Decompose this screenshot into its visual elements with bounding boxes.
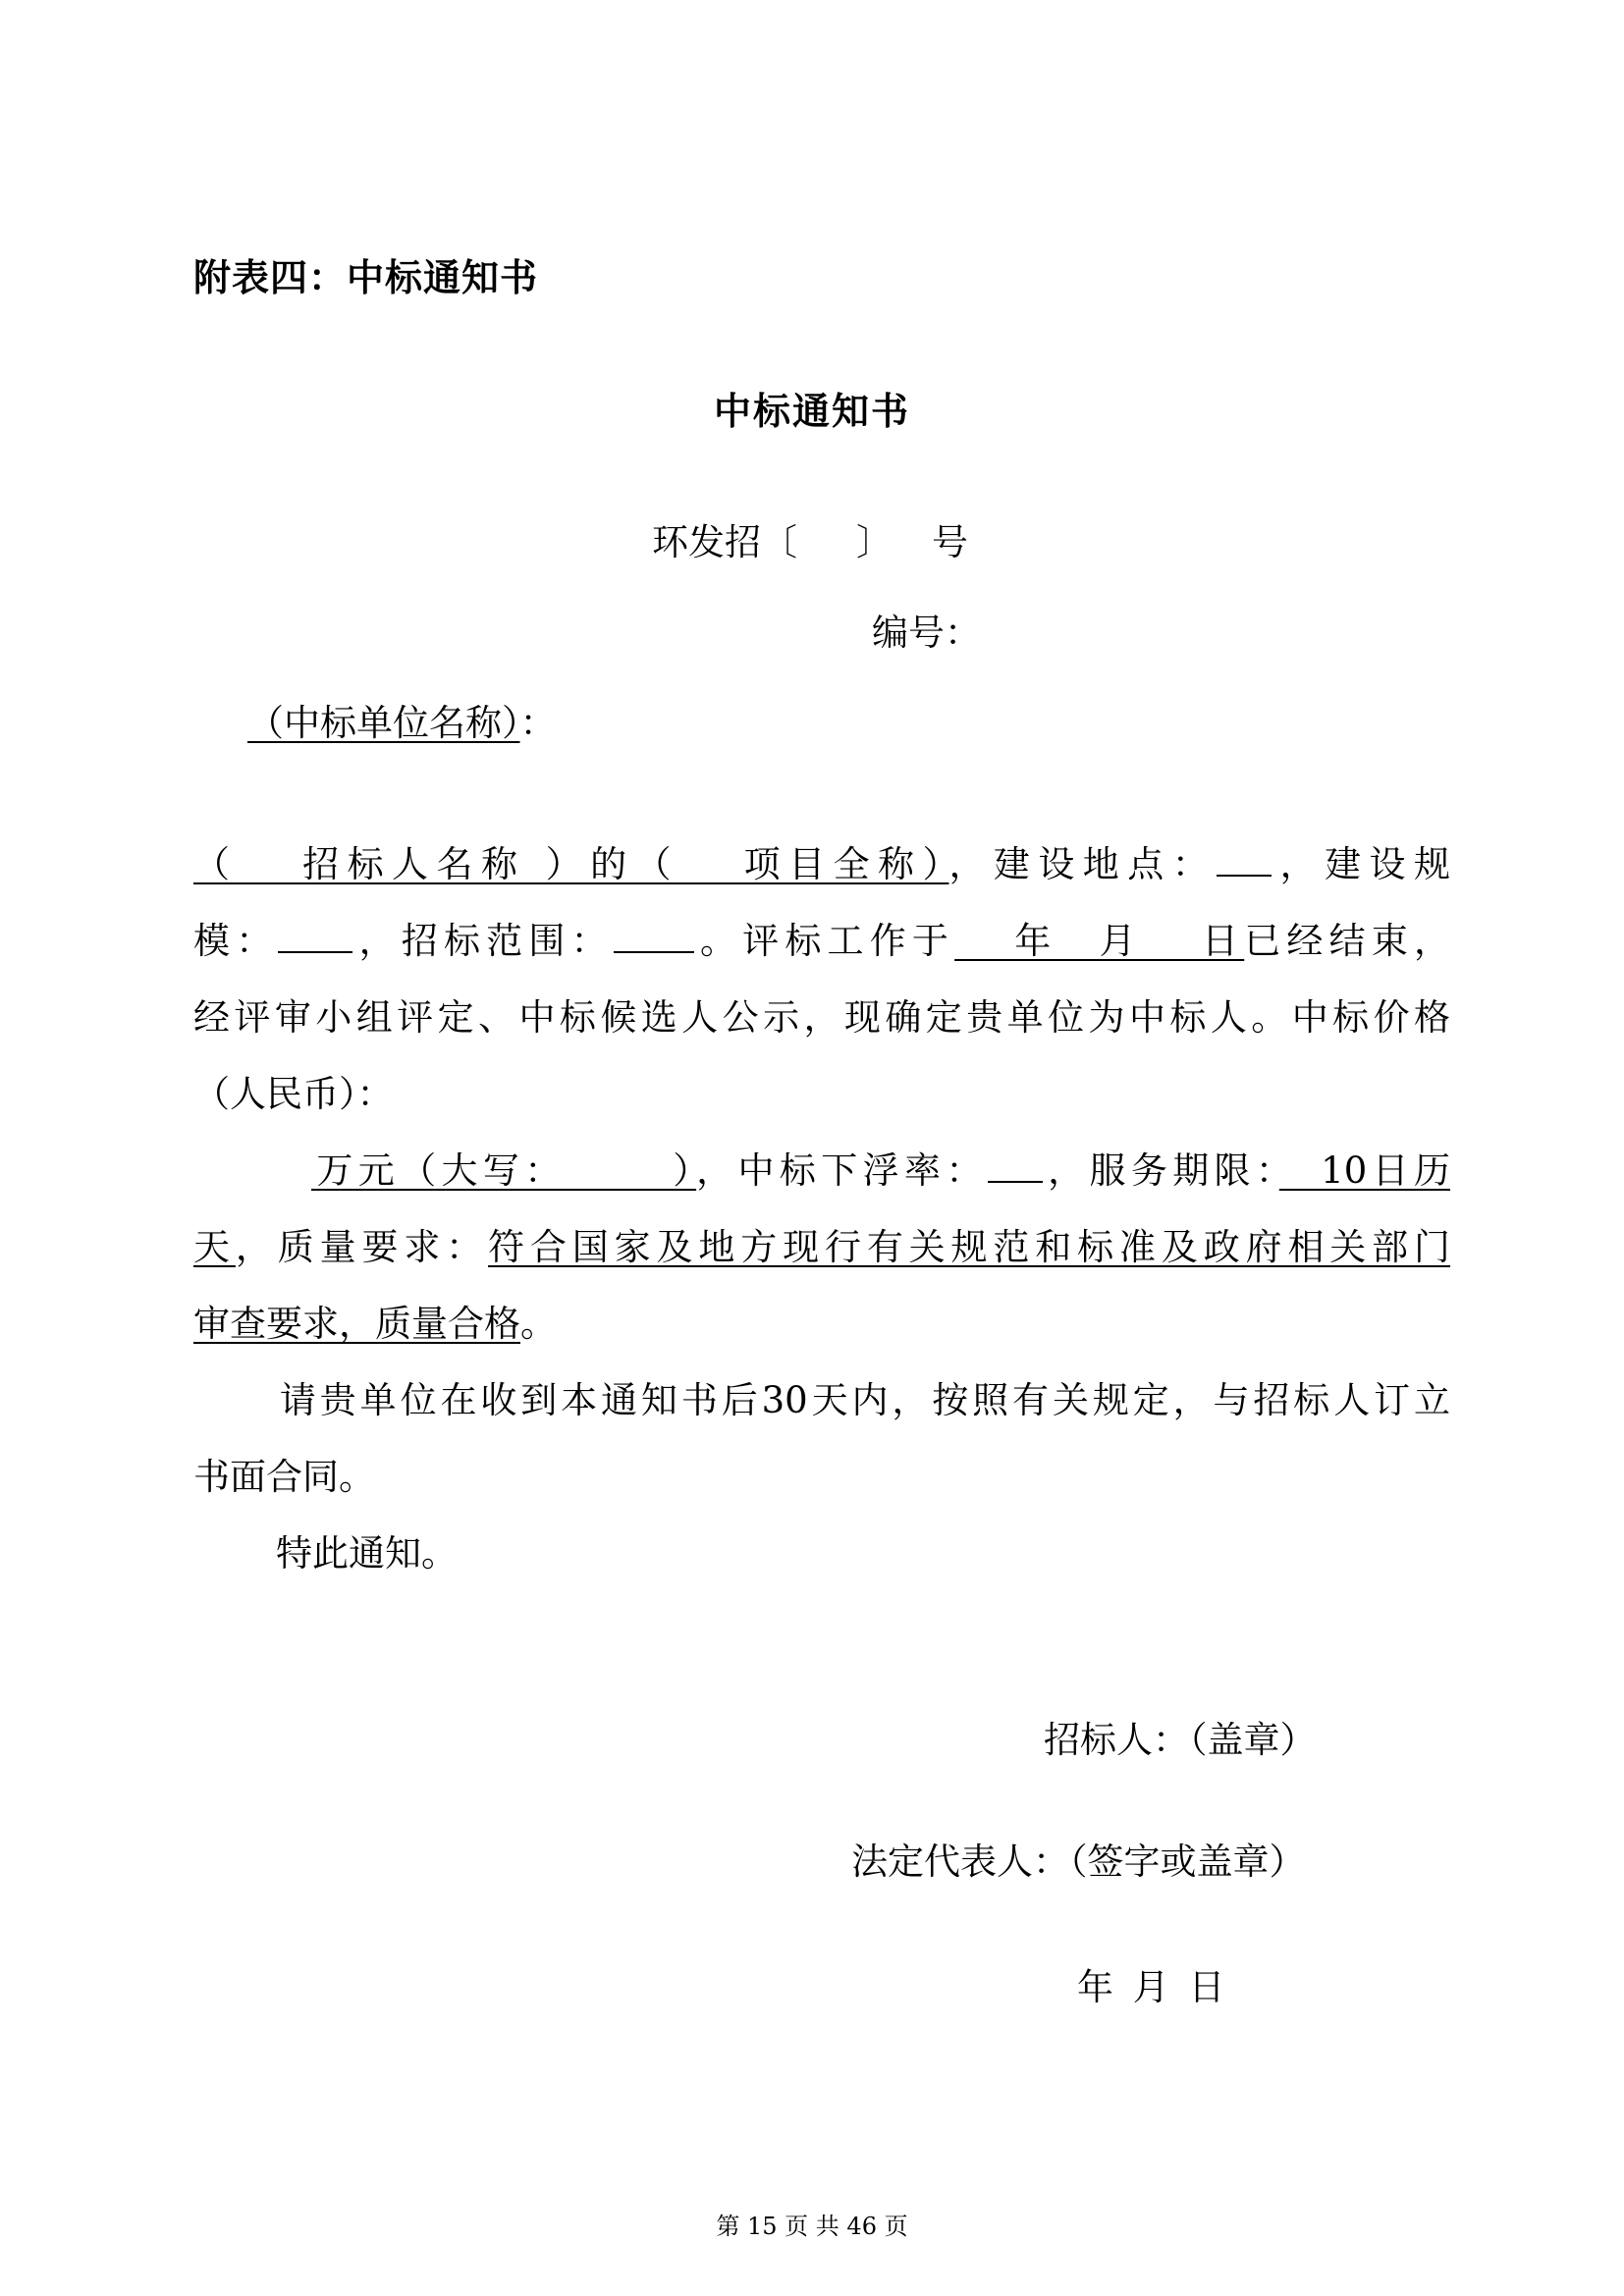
text-segment: 模： <box>193 920 278 962</box>
bid-amount-field: 万元（大写： ） <box>311 1149 696 1192</box>
text-segment: ，服务期限： <box>1043 1149 1279 1192</box>
discount-rate-blank <box>988 1148 1043 1183</box>
reference-prefix: 环发招〔 <box>652 521 797 563</box>
text-segment: 。评标工作于 <box>694 920 954 962</box>
service-period-field: 10日历 <box>1279 1149 1450 1192</box>
text-segment: ，中标下浮率： <box>696 1149 988 1192</box>
reference-number-line: 环发招〔〕号 <box>652 512 968 565</box>
evaluation-date-field: 年 月 日 <box>954 920 1244 962</box>
paragraph-line: 天，质量要求：符合国家及地方现行有关规范和标准及政府相关部门 <box>193 1209 1450 1286</box>
paragraph-line: （ 招标人名称 ）的（ 项目全称），建设地点：，建设规 <box>193 827 1450 903</box>
reference-close: 〕 <box>856 521 893 563</box>
paragraph-line: （人民币）： <box>193 1056 1450 1133</box>
page-number-footer: 第 15 页 共 46 页 <box>0 2207 1624 2241</box>
document-title: 中标通知书 <box>0 381 1624 435</box>
text-segment: ，招标范围： <box>352 920 613 962</box>
addressee-line: （中标单位名称）： <box>247 693 557 746</box>
text-segment: ，质量要求： <box>236 1226 488 1268</box>
site-location-blank <box>1217 841 1272 877</box>
legal-representative-label: 法定代表人：（签字或盖章） <box>851 1832 1306 1885</box>
appendix-title: 附表四：中标通知书 <box>193 247 538 301</box>
paragraph-line: 经评审小组评定、中标候选人公示，现确定贵单位为中标人。中标价格 <box>193 980 1450 1056</box>
tenderer-and-project-field: （ 招标人名称 ）的（ 项目全称） <box>193 843 948 885</box>
closing-notice: 特此通知。 <box>276 1532 458 1575</box>
paragraph-line: 特此通知。 <box>193 1516 1450 1592</box>
winning-bidder-name-field: （中标单位名称） <box>247 702 520 744</box>
paragraph-line: 请贵单位在收到本通知书后30天内，按照有关规定，与招标人订立 <box>193 1362 1450 1439</box>
contract-instruction: 请贵单位在收到本通知书后30天内，按照有关规定，与招标人订立 <box>276 1379 1450 1421</box>
text-segment: ，建设地点： <box>948 843 1217 885</box>
tender-scope-blank <box>614 918 694 953</box>
award-details-paragraph: （ 招标人名称 ）的（ 项目全称），建设地点：，建设规 模：，招标范围：。评标工… <box>193 827 1450 1592</box>
tenderer-seal-label: 招标人：（盖章） <box>1044 1710 1317 1763</box>
paragraph-line: 模：，招标范围：。评标工作于 年 月 日已经结束， <box>193 903 1450 980</box>
paragraph-line: 审查要求，质量合格。 <box>193 1286 1450 1362</box>
paragraph-line: 书面合同。 <box>193 1439 1450 1516</box>
quality-requirement-field-cont: 审查要求，质量合格 <box>193 1303 520 1345</box>
scale-blank <box>278 918 352 953</box>
text-segment: ，建设规 <box>1272 843 1450 885</box>
addressee-colon: ： <box>520 702 557 744</box>
reference-suffix: 号 <box>932 521 968 563</box>
text-segment: 已经结束， <box>1244 920 1450 962</box>
service-period-field-cont: 天 <box>193 1226 236 1268</box>
text-segment: 。 <box>520 1303 557 1345</box>
signature-date: 年 月 日 <box>1077 1957 1229 2010</box>
quality-requirement-field: 符合国家及地方现行有关规范和标准及政府相关部门 <box>488 1226 1450 1268</box>
serial-number-label: 编号： <box>872 603 981 656</box>
paragraph-line: 万元（大写： ），中标下浮率：，服务期限： 10日历 <box>193 1133 1450 1209</box>
